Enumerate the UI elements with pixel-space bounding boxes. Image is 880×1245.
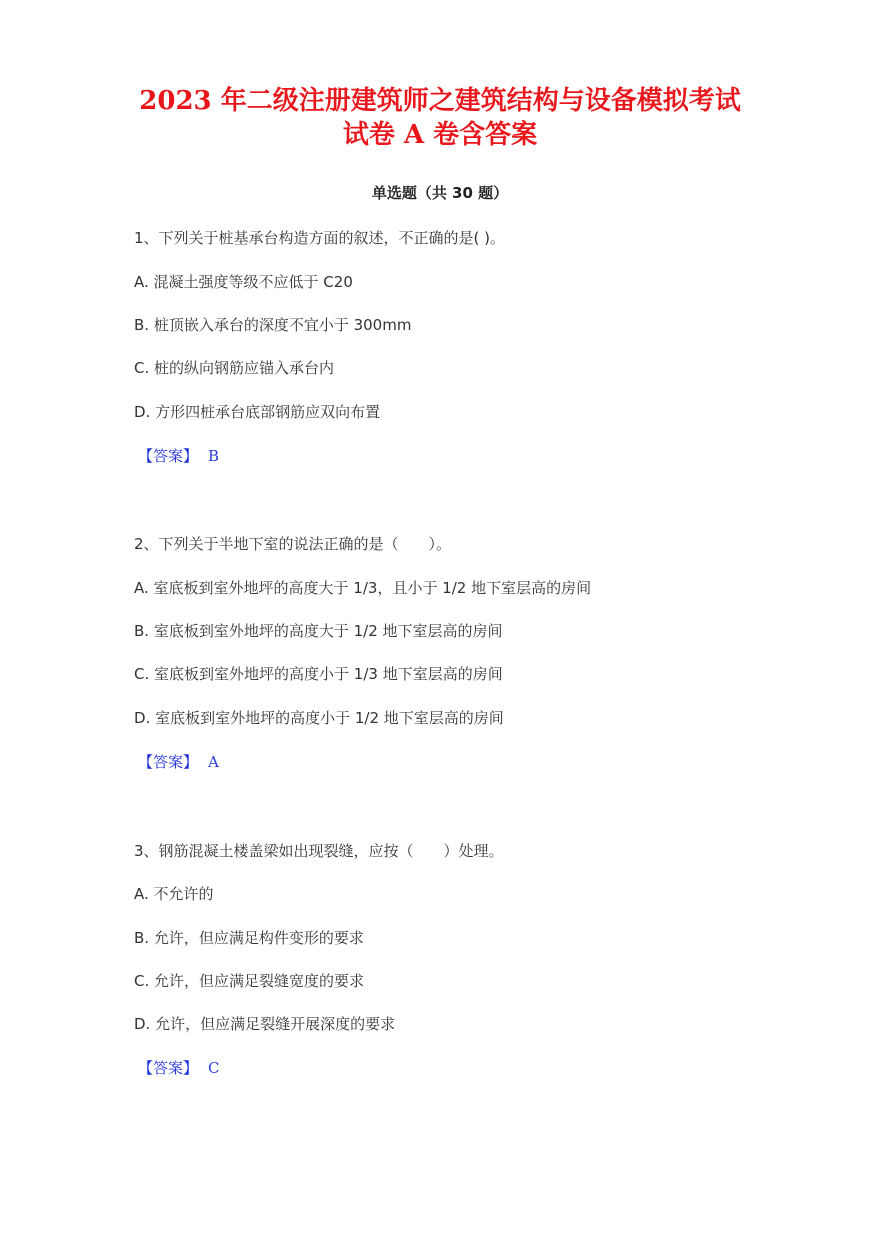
document-title: 2023 年二级注册建筑师之建筑结构与设备模拟考试 试卷 A 卷含答案 — [100, 84, 780, 152]
question-stem: 3、钢筋混凝土楼盖梁如出现裂缝，应按（ ）处理。 — [134, 841, 504, 861]
option-c: C. 允许，但应满足裂缝宽度的要求 — [134, 971, 364, 991]
answer-line: 【答案】A — [138, 752, 219, 772]
answer-label: 【答案】 — [138, 753, 198, 771]
question-stem: 2、下列关于半地下室的说法正确的是（ ）。 — [134, 534, 451, 554]
option-a: A. 不允许的 — [134, 884, 214, 904]
option-b: B. 允许，但应满足构件变形的要求 — [134, 928, 364, 948]
option-c: C. 桩的纵向钢筋应锚入承台内 — [134, 358, 334, 378]
title-line-2: 试卷 A 卷含答案 — [100, 118, 780, 152]
answer-line: 【答案】C — [138, 1058, 220, 1078]
answer-value: A — [208, 753, 219, 771]
answer-line: 【答案】B — [138, 446, 219, 466]
title-line-1: 2023 年二级注册建筑师之建筑结构与设备模拟考试 — [100, 84, 780, 118]
document-page: 2023 年二级注册建筑师之建筑结构与设备模拟考试 试卷 A 卷含答案 单选题（… — [0, 0, 880, 1245]
section-heading: 单选题（共 30 题） — [0, 182, 880, 203]
option-a: A. 室底板到室外地坪的高度大于 1/3，且小于 1/2 地下室层高的房间 — [134, 578, 591, 598]
option-b: B. 桩顶嵌入承台的深度不宜小于 300mm — [134, 315, 411, 335]
option-d: D. 室底板到室外地坪的高度小于 1/2 地下室层高的房间 — [134, 708, 504, 728]
answer-value: C — [208, 1059, 219, 1077]
answer-label: 【答案】 — [138, 1059, 198, 1077]
answer-value: B — [208, 447, 219, 465]
question-stem: 1、下列关于桩基承台构造方面的叙述，不正确的是( )。 — [134, 228, 505, 248]
option-d: D. 允许，但应满足裂缝开展深度的要求 — [134, 1014, 395, 1034]
option-c: C. 室底板到室外地坪的高度小于 1/3 地下室层高的房间 — [134, 664, 503, 684]
option-a: A. 混凝土强度等级不应低于 C20 — [134, 272, 353, 292]
option-b: B. 室底板到室外地坪的高度大于 1/2 地下室层高的房间 — [134, 621, 503, 641]
answer-label: 【答案】 — [138, 447, 198, 465]
option-d: D. 方形四桩承台底部钢筋应双向布置 — [134, 402, 380, 422]
